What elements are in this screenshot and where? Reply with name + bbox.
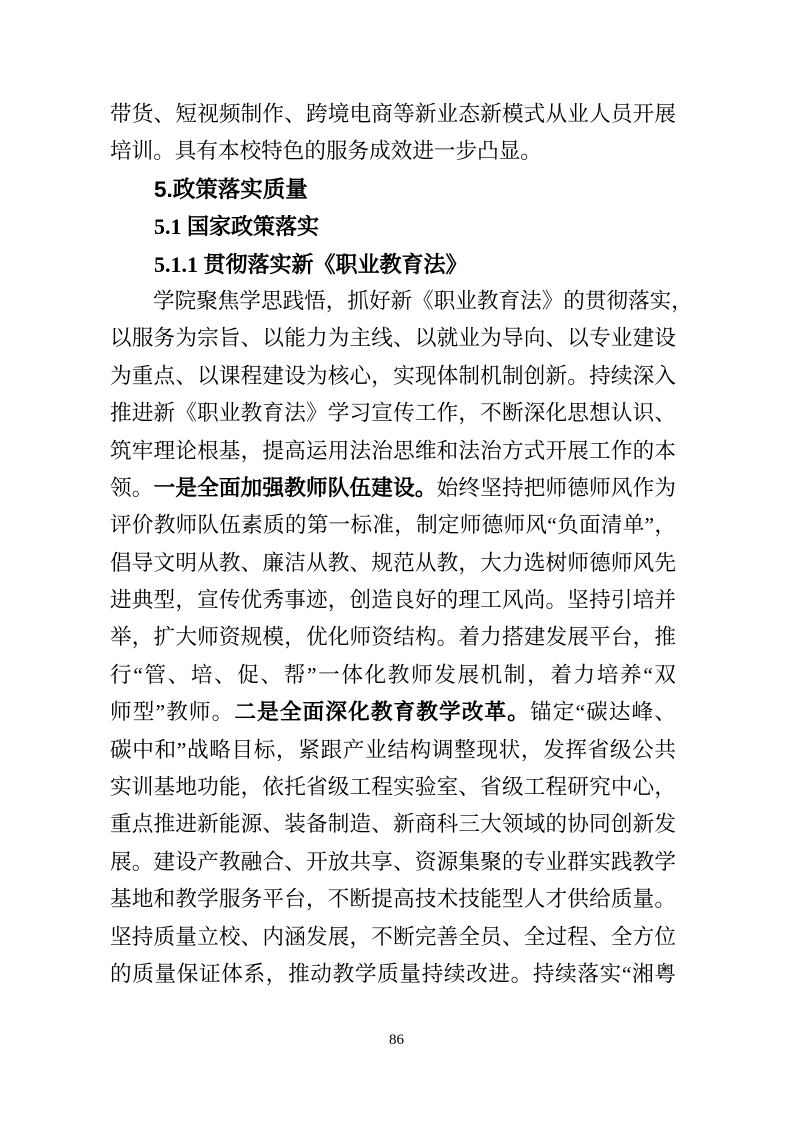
text-run: 锚定“碳达峰、 [530,700,676,724]
text-run: 坚持质量立校、内涵发展，不断完善全员、全过程、全方位 [110,925,676,949]
heading-section-5: 5.政策落实质量 [110,171,676,208]
page-number: 86 [389,1032,404,1048]
text-line: 倡导文明从教、廉洁从教、规范从教，大力选树师德师风先 [110,545,676,582]
text-line: 筑牢理论根基，提高运用法治思维和法治方式开展工作的本 [110,433,676,470]
text-line: 展。建设产教融合、开放共享、资源集聚的专业群实践教学 [110,844,676,881]
text-run: 进典型，宣传优秀事迹，创造良好的理工风尚。坚持引培并 [110,588,676,612]
page-text-block: 带货、短视频制作、跨境电商等新业态新模式从业人员开展培训。具有本校特色的服务成效… [110,96,676,993]
text-line: 举，扩大师资规模，优化师资结构。着力搭建发展平台，推 [110,619,676,656]
heading-section-5-1-1: 5.1.1 贯彻落实新《职业教育法》 [110,246,676,283]
text-line: 推进新《职业教育法》学习宣传工作，不断深化思想认识、 [110,395,676,432]
text-line: 坚持质量立校、内涵发展，不断完善全员、全过程、全方位 [110,919,676,956]
text-run: 行“管、培、促、帮”一体化教师发展机制，着力培养“双 [110,663,676,687]
text-run: 评价教师队伍素质的第一标准，制定师德师风“负面清单”， [110,513,676,537]
text-line: 领。一是全面加强教师队伍建设。始终坚持把师德师风作为 [110,470,676,507]
text-line: 行“管、培、促、帮”一体化教师发展机制，着力培养“双 [110,657,676,694]
text-run: 带货、短视频制作、跨境电商等新业态新模式从业人员开展 [110,102,676,126]
text-run: 的质量保证体系，推动教学质量持续改进。持续落实“湘粤 [110,962,676,986]
text-run: 推进新《职业教育法》学习宣传工作，不断深化思想认识、 [110,401,676,425]
text-run: 师型”教师。 [110,700,234,724]
text-line: 实训基地功能，依托省级工程实验室、省级工程研究中心， [110,769,676,806]
text-run: 倡导文明从教、廉洁从教、规范从教，大力选树师德师风先 [110,551,676,575]
intro-paragraph: 带货、短视频制作、跨境电商等新业态新模式从业人员开展培训。具有本校特色的服务成效… [110,96,676,171]
text-line: 的质量保证体系，推动教学质量持续改进。持续落实“湘粤 [110,956,676,993]
bold-text-run: 二是全面深化教育教学改革。 [234,700,530,724]
bold-text-run: 一是全面加强教师队伍建设。 [154,476,437,500]
text-run: 碳中和”战略目标，紧跟产业结构调整现状，发挥省级公共 [110,738,676,762]
text-line: 进典型，宣传优秀事迹，创造良好的理工风尚。坚持引培并 [110,582,676,619]
text-run: 为重点、以课程建设为核心，实现体制机制创新。持续深入 [110,364,676,388]
text-run: 始终坚持把师德师风作为 [437,476,676,500]
text-run: 培训。具有本校特色的服务成效进一步凸显。 [110,139,542,163]
text-line: 以服务为宗旨、以能力为主线、以就业为导向、以专业建设 [110,320,676,357]
text-run: 筑牢理论根基，提高运用法治思维和法治方式开展工作的本 [110,439,676,463]
page-footer: 86 [0,1031,793,1049]
text-run: 重点推进新能源、装备制造、新商科三大领域的协同创新发 [110,812,676,836]
text-run: 学院聚焦学思践悟，抓好新《职业教育法》的贯彻落实， [153,289,693,313]
text-line: 基地和教学服务平台，不断提高技术技能型人才供给质量。 [110,881,676,918]
text-run: 基地和教学服务平台，不断提高技术技能型人才供给质量。 [110,887,676,911]
text-line: 碳中和”战略目标，紧跟产业结构调整现状，发挥省级公共 [110,732,676,769]
text-line: 学院聚焦学思践悟，抓好新《职业教育法》的贯彻落实， [110,283,676,320]
text-line: 带货、短视频制作、跨境电商等新业态新模式从业人员开展 [110,96,676,133]
text-line: 师型”教师。二是全面深化教育教学改革。锚定“碳达峰、 [110,694,676,731]
text-line: 重点推进新能源、装备制造、新商科三大领域的协同创新发 [110,806,676,843]
text-run: 举，扩大师资规模，优化师资结构。着力搭建发展平台，推 [110,625,676,649]
text-line: 评价教师队伍素质的第一标准，制定师德师风“负面清单”， [110,507,676,544]
text-line: 培训。具有本校特色的服务成效进一步凸显。 [110,133,676,170]
heading-section-5-1: 5.1 国家政策落实 [110,208,676,245]
text-run: 领。 [110,476,154,500]
text-run: 以服务为宗旨、以能力为主线、以就业为导向、以专业建设 [110,326,676,350]
text-line: 为重点、以课程建设为核心，实现体制机制创新。持续深入 [110,358,676,395]
text-run: 展。建设产教融合、开放共享、资源集聚的专业群实践教学 [110,850,676,874]
body-paragraph: 学院聚焦学思践悟，抓好新《职业教育法》的贯彻落实，以服务为宗旨、以能力为主线、以… [110,283,676,993]
text-run: 实训基地功能，依托省级工程实验室、省级工程研究中心， [110,775,676,799]
document-page: 带货、短视频制作、跨境电商等新业态新模式从业人员开展培训。具有本校特色的服务成效… [0,0,793,1122]
